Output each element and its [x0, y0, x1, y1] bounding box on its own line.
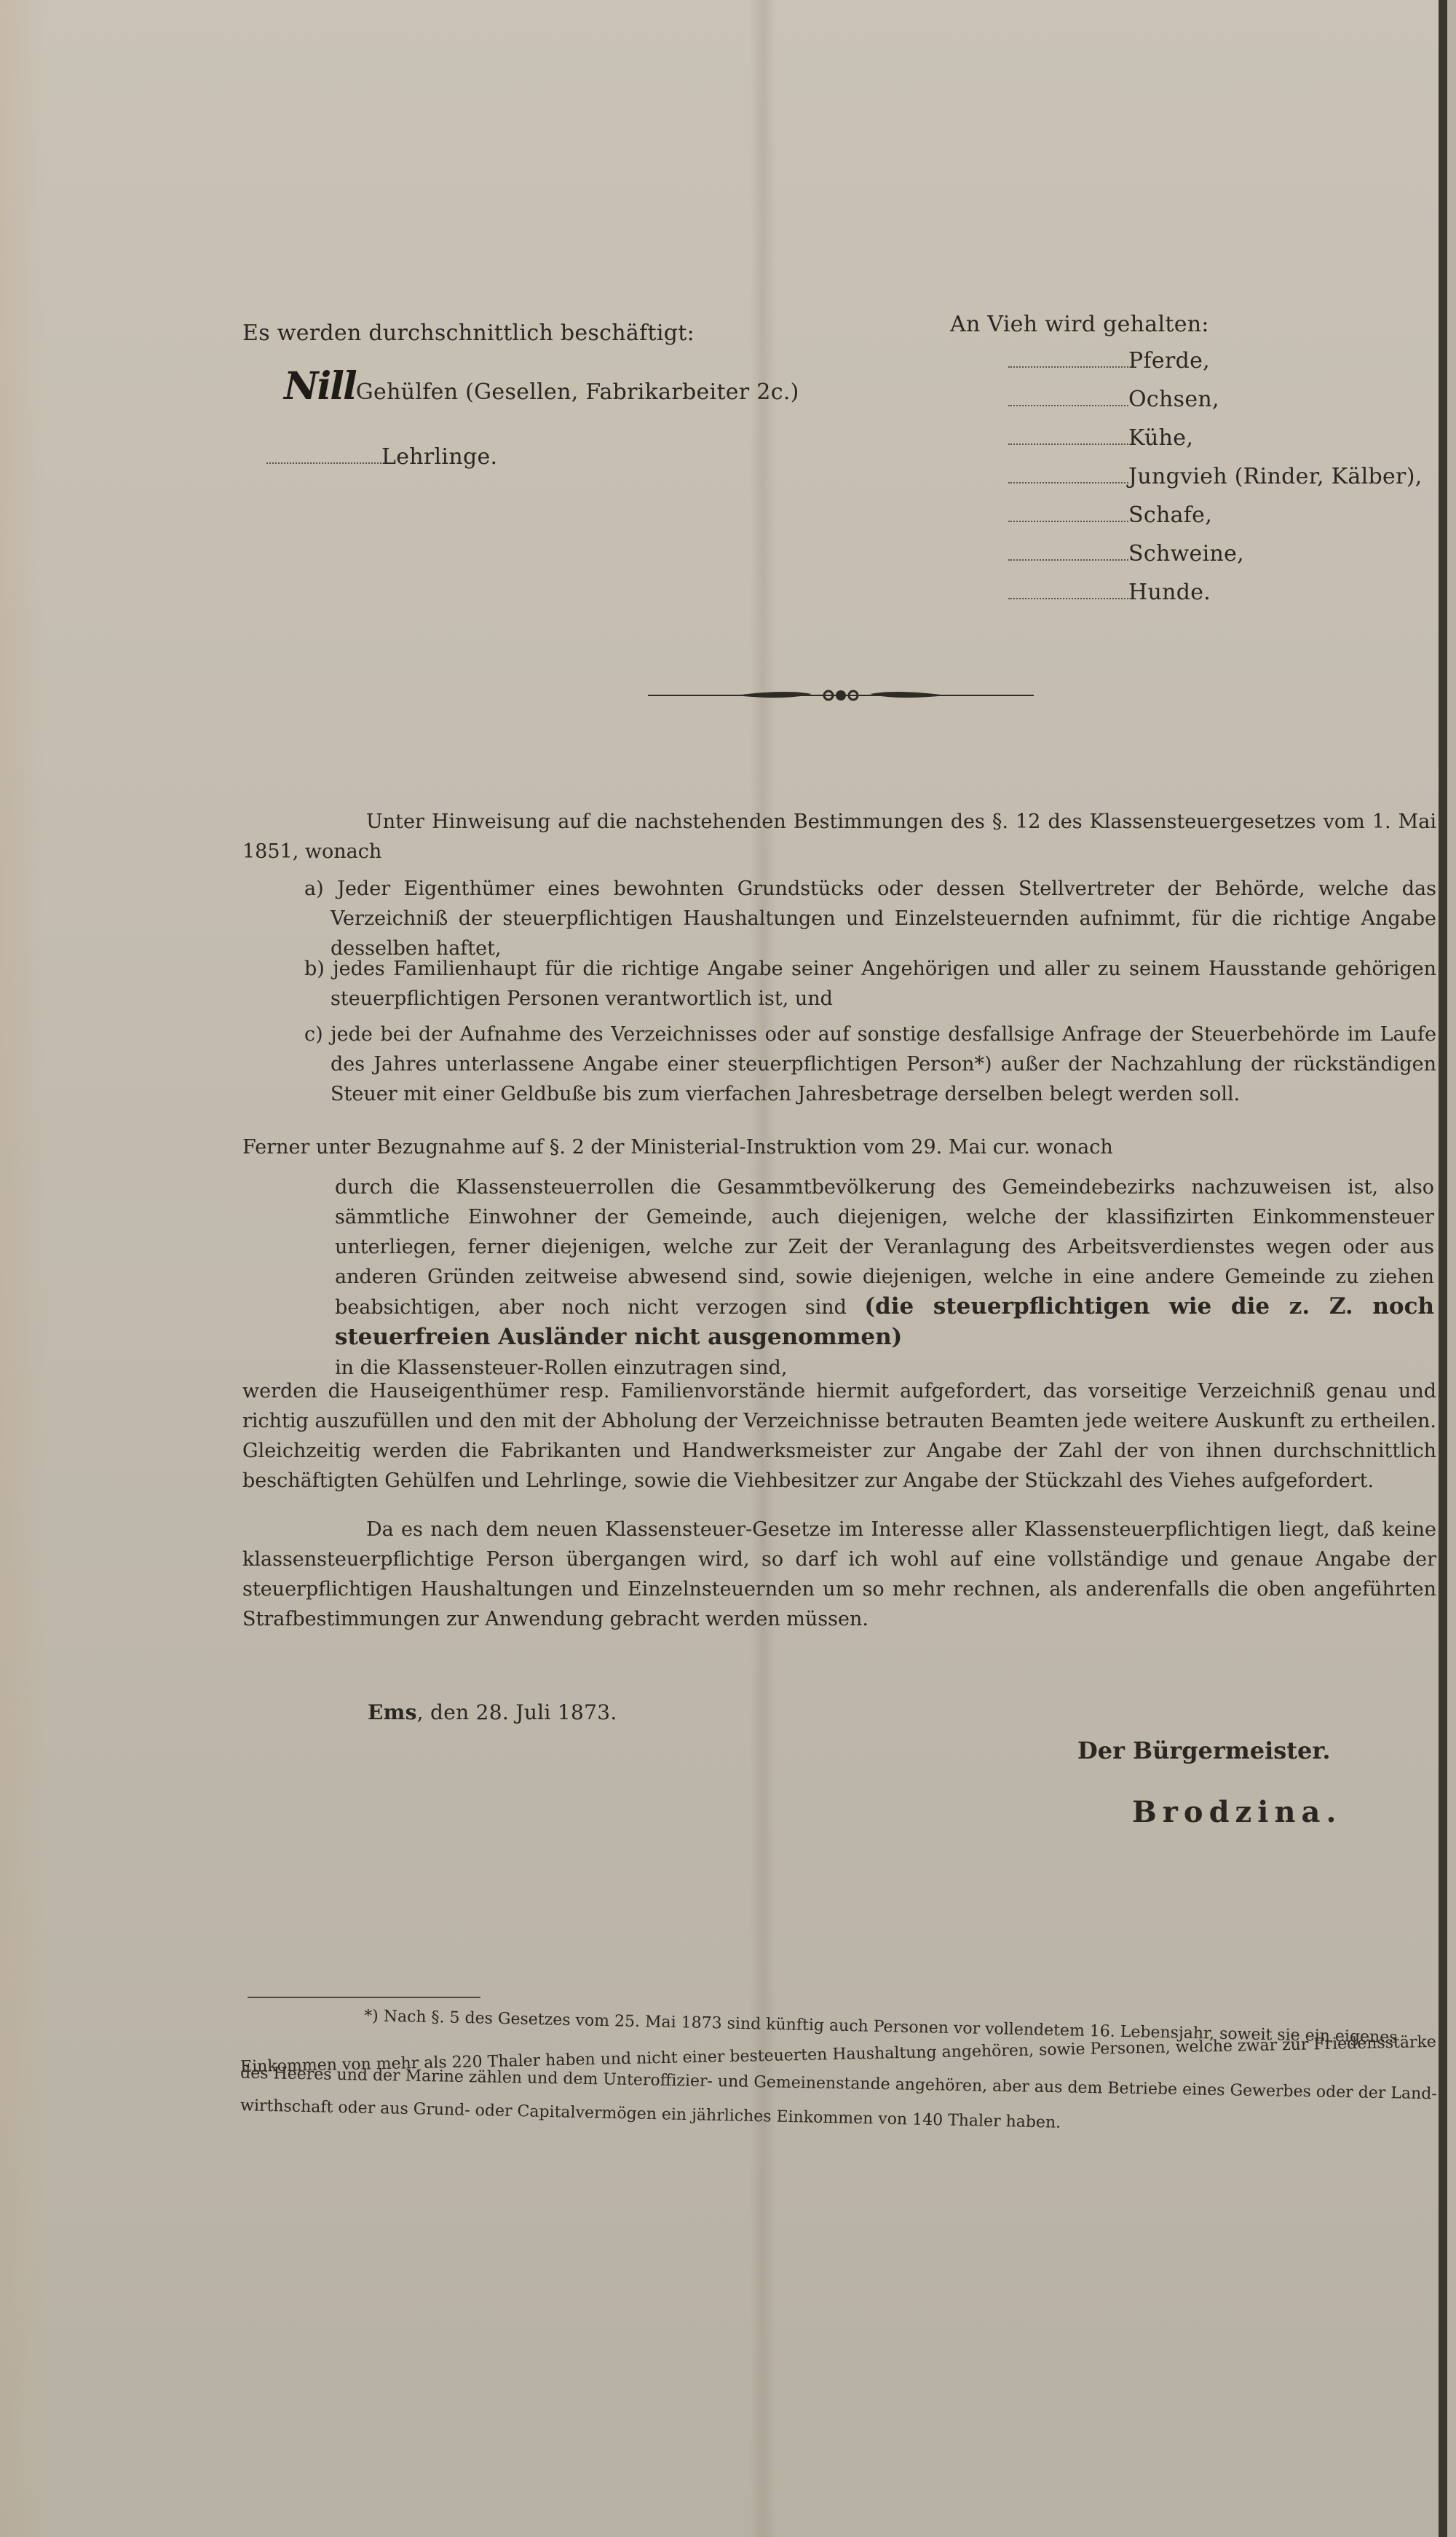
livestock-row-kuehe: Kühe, — [1008, 425, 1423, 464]
document-page: Es werden durchschnittlich beschäftigt: … — [0, 0, 1447, 2537]
livestock-row-hunde: Hunde. — [1008, 580, 1423, 618]
pferde-value-field[interactable] — [1008, 366, 1128, 368]
item-a: a) Jeder Eigenthümer eines bewohnten Gru… — [304, 874, 1436, 963]
ochsen-label: Ochsen, — [1128, 387, 1219, 412]
item-a-text: a) Jeder Eigenthümer eines bewohnten Gru… — [304, 874, 1436, 963]
lehrlinge-label: Lehrlinge. — [381, 444, 497, 470]
livestock-list: Pferde, Ochsen, Kühe, Jungvieh (Rinder, … — [1008, 348, 1423, 618]
livestock-row-schweine: Schweine, — [1008, 541, 1423, 580]
ferner-text: Ferner unter Bezugnahme auf §. 2 der Min… — [242, 1132, 1436, 1162]
livestock-row-pferde: Pferde, — [1008, 348, 1423, 387]
signature-name: Brodzina. — [1132, 1795, 1342, 1829]
schafe-value-field[interactable] — [1008, 520, 1128, 522]
kuehe-label: Kühe, — [1128, 425, 1193, 451]
hunde-value-field[interactable] — [1008, 597, 1128, 599]
item-b-text: b) jedes Familienhaupt für die richtige … — [304, 954, 1436, 1014]
werden-text: werden die Hauseigenthümer resp. Familie… — [242, 1376, 1436, 1496]
gehuelfen-value-field[interactable]: Nill — [284, 364, 356, 409]
durch-text: durch die Klassensteuerrollen die Gesamm… — [335, 1172, 1434, 1353]
item-c: c) jede bei der Aufnahme des Verzeichnis… — [304, 1019, 1436, 1109]
signature-title: Der Bürgermeister. — [1077, 1737, 1330, 1764]
jungvieh-label: Jungvieh (Rinder, Kälber), — [1128, 464, 1423, 489]
ferner-paragraph: Ferner unter Bezugnahme auf §. 2 der Min… — [242, 1132, 1436, 1162]
lehrlinge-value-field[interactable] — [266, 462, 381, 464]
livestock-heading: An Vieh wird gehalten: — [950, 312, 1209, 337]
place-date: Ems, den 28. Juli 1873. — [368, 1700, 617, 1724]
item-c-text: c) jede bei der Aufnahme des Verzeichnis… — [304, 1019, 1436, 1109]
durch-paragraph: durch die Klassensteuerrollen die Gesamm… — [335, 1172, 1434, 1383]
schweine-value-field[interactable] — [1008, 559, 1128, 561]
livestock-row-ochsen: Ochsen, — [1008, 387, 1423, 425]
employees-heading: Es werden durchschnittlich beschäftigt: — [242, 320, 695, 346]
da-text: Da es nach dem neuen Klassensteuer-Geset… — [242, 1515, 1436, 1634]
schweine-label: Schweine, — [1128, 541, 1244, 567]
jungvieh-value-field[interactable] — [1008, 481, 1128, 484]
item-b: b) jedes Familienhaupt für die richtige … — [304, 954, 1436, 1014]
pferde-label: Pferde, — [1128, 348, 1210, 374]
hunde-label: Hunde. — [1128, 580, 1211, 605]
page-edge — [1439, 0, 1447, 2537]
ochsen-value-field[interactable] — [1008, 404, 1128, 406]
gehuelfen-row: NillGehülfen (Gesellen, Fabrikarbeiter 2… — [284, 364, 799, 409]
intro-text: Unter Hinweisung auf die nachstehenden B… — [242, 807, 1436, 867]
intro-paragraph: Unter Hinweisung auf die nachstehenden B… — [242, 807, 1436, 867]
livestock-row-jungvieh: Jungvieh (Rinder, Kälber), — [1008, 464, 1423, 502]
kuehe-value-field[interactable] — [1008, 443, 1128, 445]
footnote-line-4: wirthschaft oder aus Grund- oder Capital… — [240, 2094, 1061, 2135]
footnote-rule — [248, 1997, 480, 1998]
da-paragraph: Da es nach dem neuen Klassensteuer-Geset… — [242, 1515, 1436, 1634]
gehuelfen-label: Gehülfen (Gesellen, Fabrikarbeiter 2c.) — [356, 379, 799, 405]
ornament-divider-icon — [648, 684, 1034, 706]
schafe-label: Schafe, — [1128, 502, 1212, 528]
place-name: Ems — [368, 1700, 417, 1724]
date-text: , den 28. Juli 1873. — [417, 1700, 617, 1724]
lehrlinge-row: Lehrlinge. — [266, 444, 497, 470]
livestock-row-schafe: Schafe, — [1008, 502, 1423, 541]
werden-paragraph: werden die Hauseigenthümer resp. Familie… — [242, 1376, 1436, 1496]
